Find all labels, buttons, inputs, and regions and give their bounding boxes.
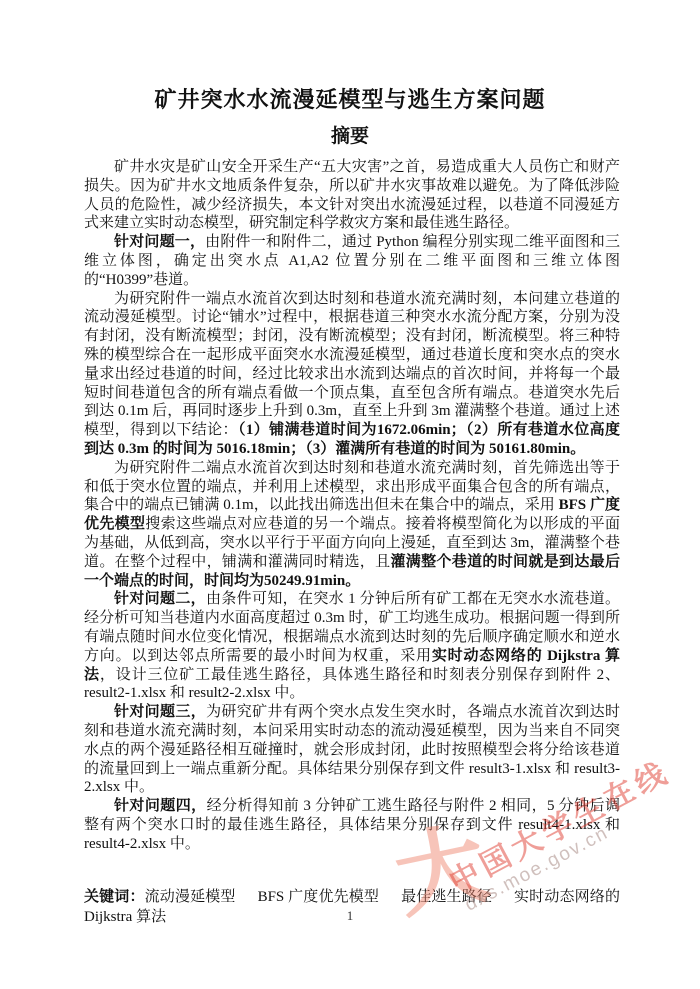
bold-text-run: 针对问题三， (114, 704, 206, 720)
text-run: 为研究附件二端点水流首次到达时刻和巷道水流充满时刻，首先筛选出等于和低于突水位置… (84, 460, 620, 514)
abstract-paragraph: 矿井水灾是矿山安全开采生产“五大灾害”之首，易造成重大人员伤亡和财产损失。因为矿… (84, 158, 620, 233)
text-run: 为研究附件一端点水流首次到达时刻和巷道水流充满时刻，本问建立巷道的流动漫延模型。… (84, 291, 620, 439)
abstract-paragraph: 针对问题三，为研究矿井有两个突水点发生突水时，各端点水流首次到达时刻和巷道水流充… (84, 703, 620, 797)
bold-text-run: 针对问题二， (114, 591, 206, 607)
bold-text-run: 针对问题一， (114, 234, 205, 250)
abstract-body: 矿井水灾是矿山安全开采生产“五大灾害”之首，易造成重大人员伤亡和财产损失。因为矿… (84, 158, 620, 853)
abstract-heading: 摘要 (0, 124, 700, 150)
abstract-paragraph: 为研究附件二端点水流首次到达时刻和巷道水流充满时刻，首先筛选出等于和低于突水位置… (84, 459, 620, 591)
keyword-item: 流动漫延模型 (145, 889, 236, 905)
bold-text-run: 针对问题四， (114, 798, 207, 814)
text-run: ，设计三位矿工最佳逃生路径，具体逃生路径和时刻表分别保存到附件 2、result… (84, 667, 620, 702)
document-page: 矿井突水水流漫延模型与逃生方案问题 摘要 矿井水灾是矿山安全开采生产“五大灾害”… (0, 0, 700, 989)
page-title: 矿井突水水流漫延模型与逃生方案问题 (0, 0, 700, 114)
keyword-item: BFS 广度优先模型 (258, 889, 380, 905)
text-run: 矿井水灾是矿山安全开采生产“五大灾害”之首，易造成重大人员伤亡和财产损失。因为矿… (84, 159, 620, 231)
abstract-paragraph: 针对问题一，由附件一和附件二，通过 Python 编程分别实现二维平面图和三维立… (84, 233, 620, 289)
page-number: 1 (0, 908, 700, 924)
abstract-paragraph: 针对问题二，由条件可知，在突水 1 分钟后所有矿工都在无突水水流巷道。经分析可知… (84, 590, 620, 703)
keyword-item: 最佳逃生路径 (401, 889, 492, 905)
abstract-paragraph: 针对问题四，经分析得知前 3 分钟矿工逃生路径与附件 2 相同，5 分钟后调整有… (84, 797, 620, 853)
keywords-label: 关键词： (84, 889, 145, 905)
abstract-paragraph: 为研究附件一端点水流首次到达时刻和巷道水流充满时刻，本问建立巷道的流动漫延模型。… (84, 290, 620, 459)
